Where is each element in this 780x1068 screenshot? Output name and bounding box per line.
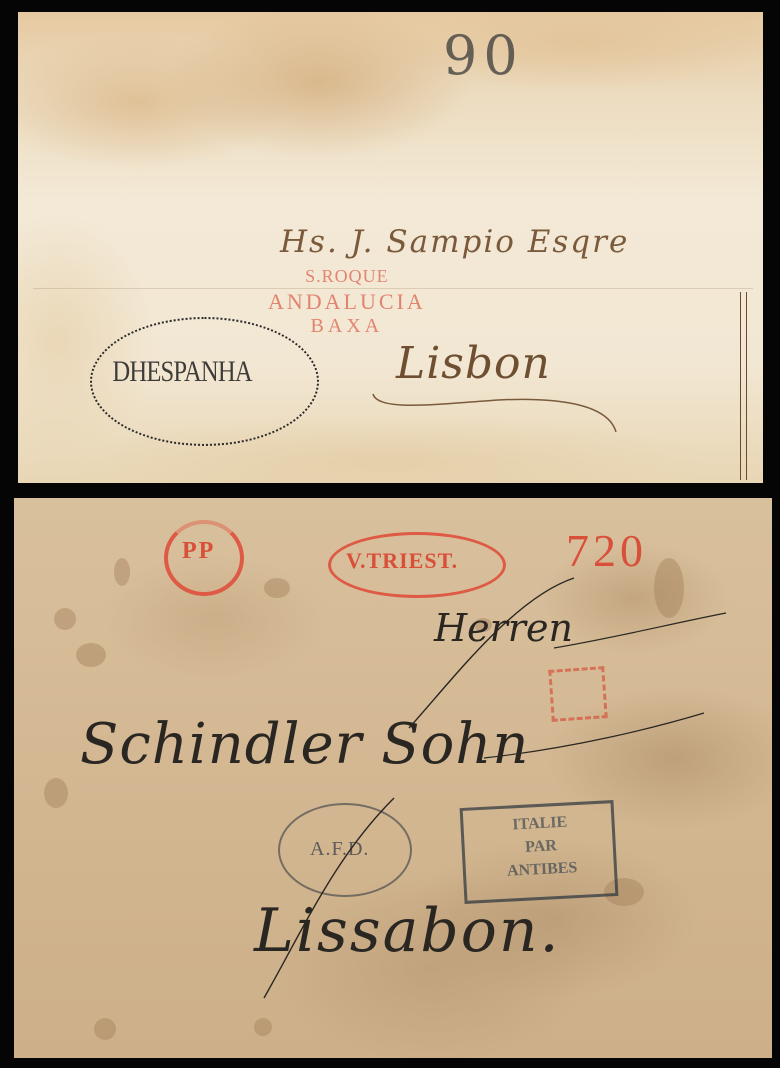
stain xyxy=(54,608,76,630)
espanha-postmark-text: DHESPANHA xyxy=(96,355,268,389)
sroque-postmark: S.ROQUE ANDALUCIA BAXA xyxy=(268,264,426,339)
manuscript-charge: 90 xyxy=(443,24,524,87)
stain xyxy=(654,558,684,618)
cover-bottom-letter: PP V.TRIEST. 720 A.F.D. ITALIE PAR ANTIB… xyxy=(14,498,772,1058)
italie-postmark: ITALIE PAR ANTIBES xyxy=(474,809,607,885)
sroque-line-1: S.ROQUE xyxy=(268,264,426,289)
address-salutation: Herren xyxy=(434,606,573,650)
manuscript-charge: 720 xyxy=(566,524,647,577)
stain xyxy=(94,1018,116,1040)
afd-postmark-text: A.F.D. xyxy=(310,838,369,861)
stain xyxy=(114,558,130,586)
address-city: Lissabon. xyxy=(254,896,561,966)
red-boxed-marking xyxy=(548,666,607,722)
stain xyxy=(76,643,106,667)
stain xyxy=(44,778,68,808)
stain xyxy=(254,1018,272,1036)
edge-ruling xyxy=(740,292,747,480)
sroque-line-3: BAXA xyxy=(268,314,426,339)
address-city: Lisbon xyxy=(396,338,551,389)
sroque-line-2: ANDALUCIA xyxy=(268,289,426,314)
triest-postmark-text: V.TRIEST. xyxy=(346,548,458,574)
pp-postmark-text: PP xyxy=(182,538,215,565)
cover-top-letter: 90 DHESPANHA S.ROQUE ANDALUCIA BAXA Hs. … xyxy=(18,12,763,483)
address-recipient: Hs. J. Sampio Esqre xyxy=(280,224,629,260)
stain xyxy=(264,578,290,598)
address-recipient: Schindler Sohn xyxy=(80,712,529,777)
